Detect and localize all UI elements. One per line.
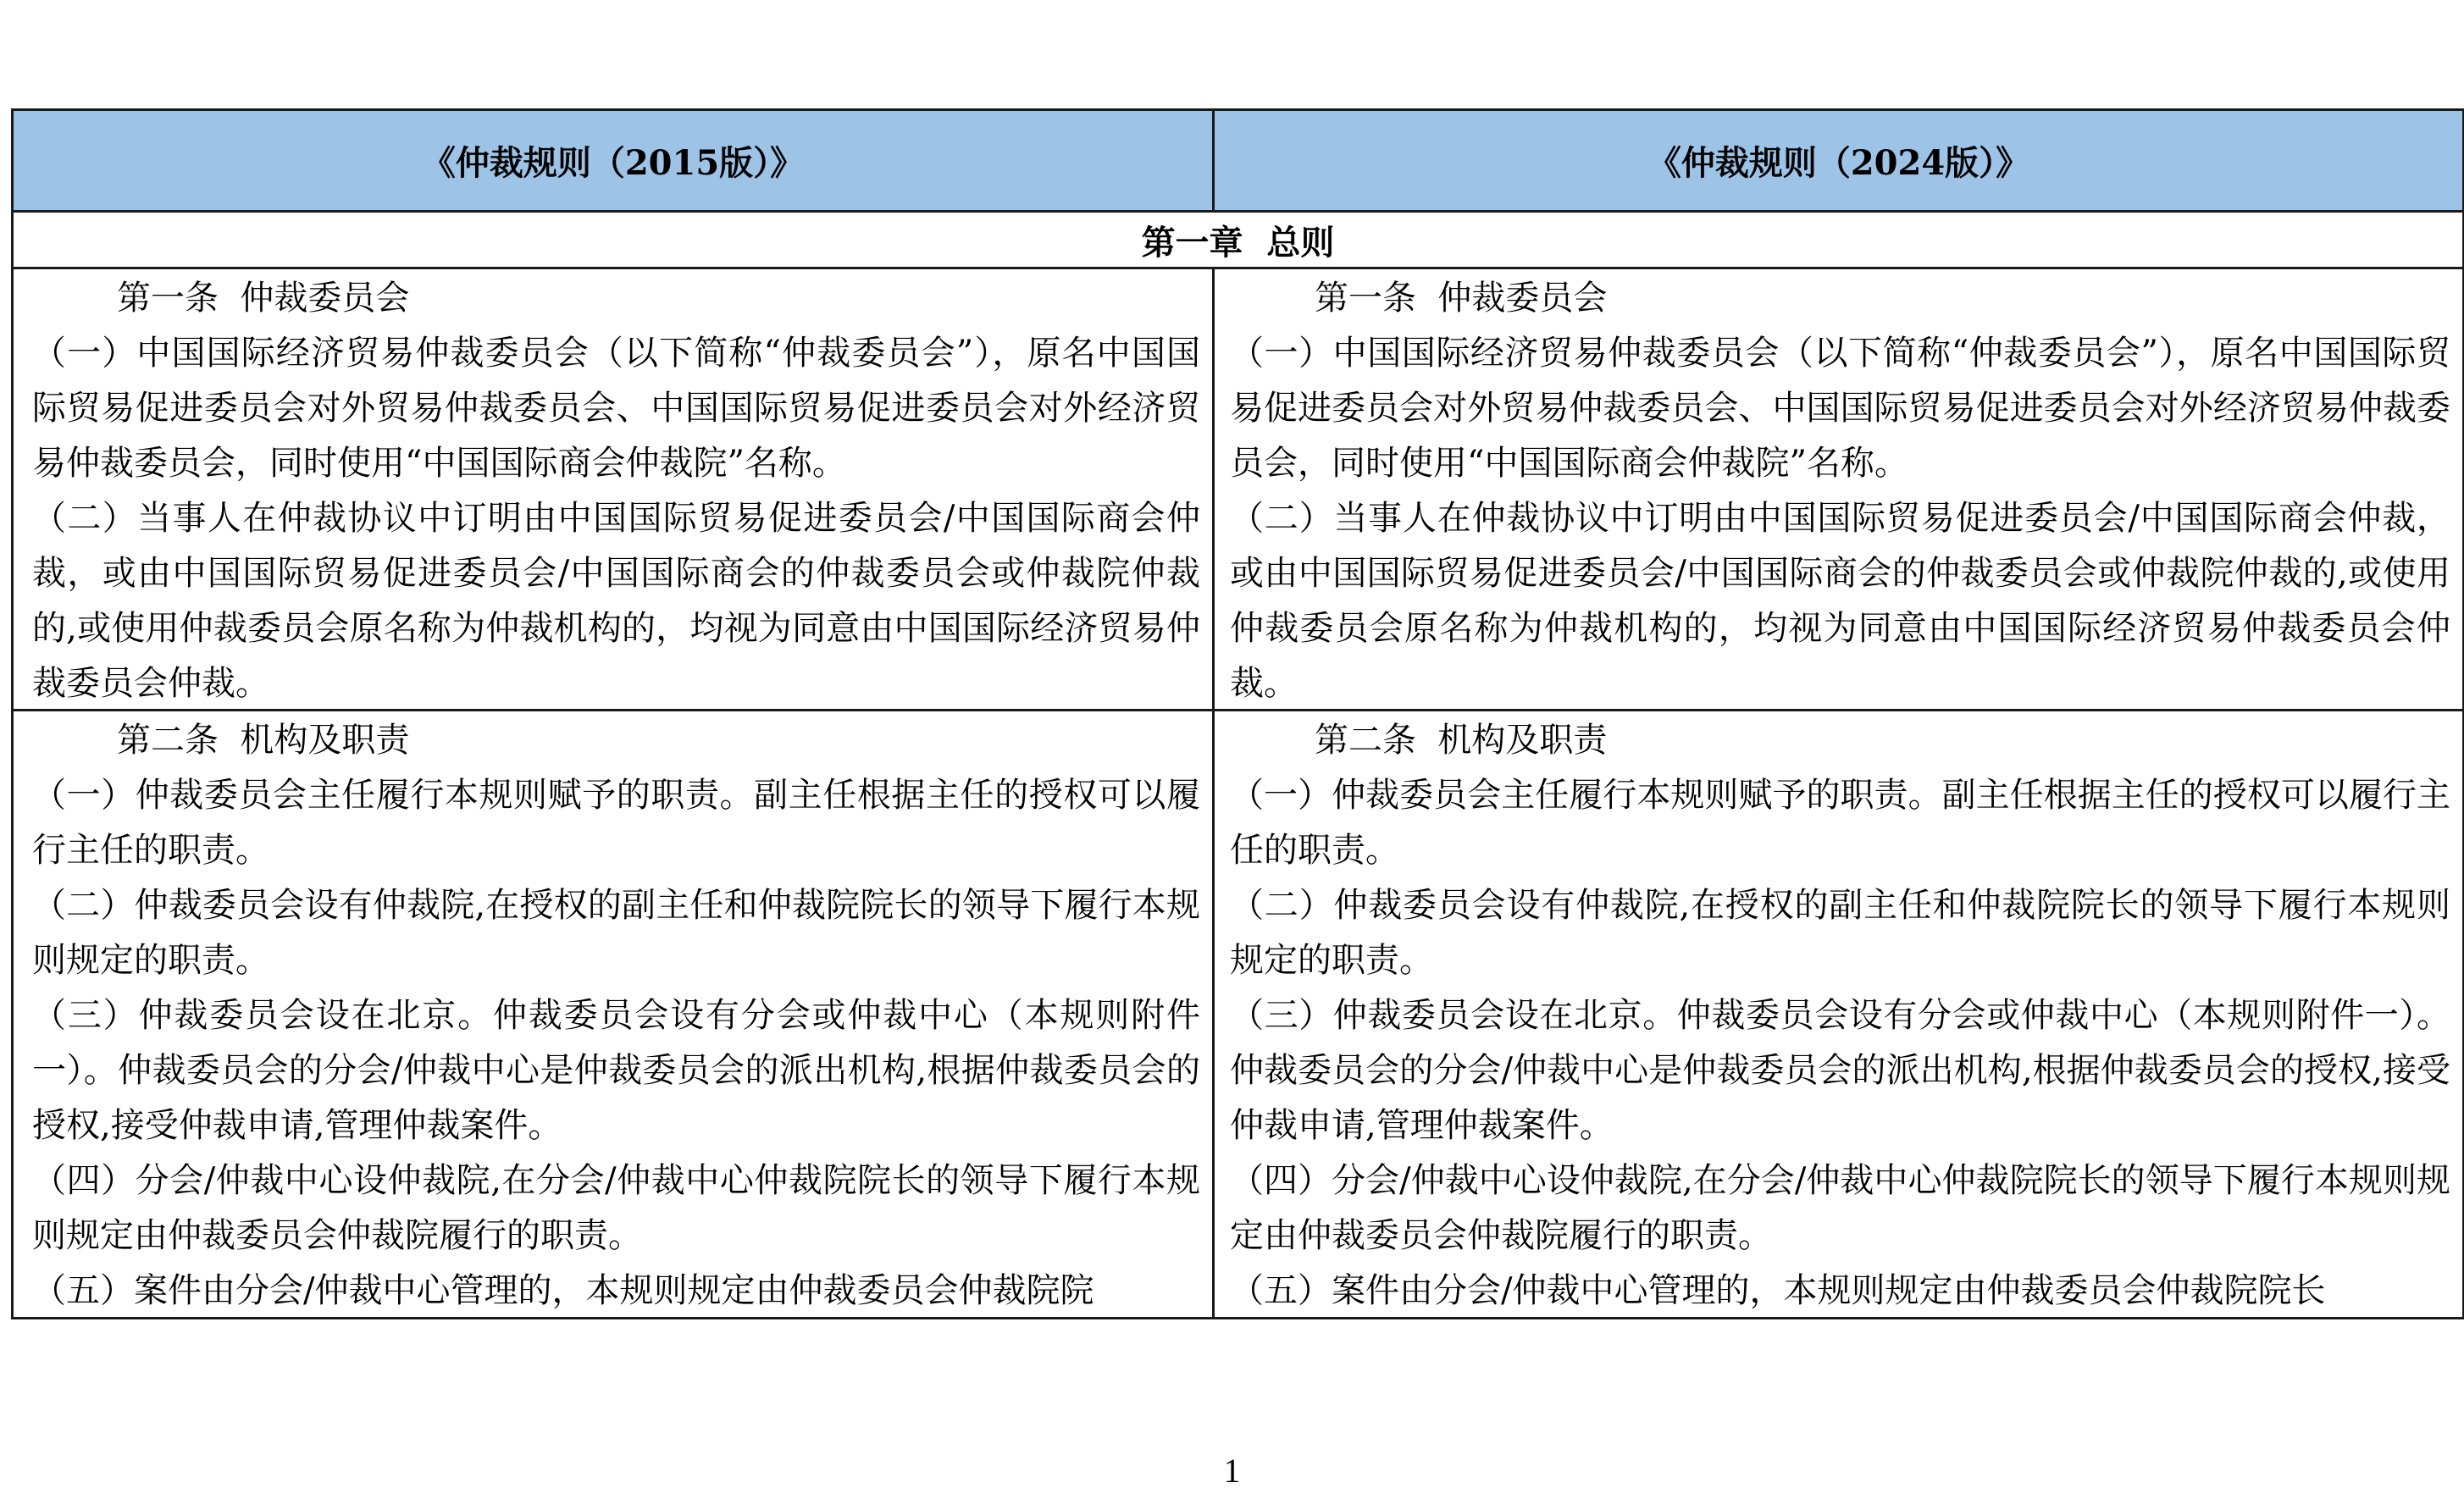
article-title: 第二条 机构及职责 (1230, 713, 2450, 768)
article-2-2015-cell: 第二条 机构及职责 （一）仲裁委员会主任履行本规则赋予的职责。副主任根据主任的授… (13, 711, 1214, 1319)
clause: （三）仲裁委员会设在北京。仲裁委员会设有分会或仲裁中心（本规则附件一）。仲裁委员… (32, 988, 1200, 1153)
clause: （二）仲裁委员会设有仲裁院,在授权的副主任和仲裁院院长的领导下履行本规则规定的职… (1230, 878, 2450, 988)
clause: （四）分会/仲裁中心设仲裁院,在分会/仲裁中心仲裁院院长的领导下履行本规则规定由… (1230, 1153, 2450, 1264)
clause: （五）案件由分会/仲裁中心管理的，本规则规定由仲裁委员会仲裁院院 (32, 1264, 1200, 1312)
clause: （一）中国国际经济贸易仲裁委员会（以下简称“仲裁委员会”），原名中国国际贸易促进… (1230, 326, 2450, 491)
article-1-2024-cell: 第一条 仲裁委员会 （一）中国国际经济贸易仲裁委员会（以下简称“仲裁委员会”），… (1214, 268, 2464, 711)
clause: （一）中国国际经济贸易仲裁委员会（以下简称“仲裁委员会”），原名中国国际贸易促进… (32, 326, 1200, 491)
article-title: 第二条 机构及职责 (32, 713, 1200, 768)
chapter-row: 第一章 总则 (13, 212, 2464, 268)
clause: （四）分会/仲裁中心设仲裁院,在分会/仲裁中心仲裁院院长的领导下履行本规则规定由… (32, 1153, 1200, 1264)
article-row-1: 第一条 仲裁委员会 （一）中国国际经济贸易仲裁委员会（以下简称“仲裁委员会”），… (13, 268, 2464, 711)
article-title: 第一条 仲裁委员会 (1230, 271, 2450, 326)
article-2-2024-cell: 第二条 机构及职责 （一）仲裁委员会主任履行本规则赋予的职责。副主任根据主任的授… (1214, 711, 2464, 1319)
clause: （二）当事人在仲裁协议中订明由中国国际贸易促进委员会/中国国际商会仲裁，或由中国… (32, 491, 1200, 704)
clause: （一）仲裁委员会主任履行本规则赋予的职责。副主任根据主任的授权可以履行主任的职责… (32, 768, 1200, 878)
header-2024-version: 《仲裁规则（2024版）》 (1214, 110, 2464, 212)
page-number: 1 (0, 1450, 2464, 1492)
header-2015-version: 《仲裁规则（2015版）》 (13, 110, 1214, 212)
clause: （三）仲裁委员会设在北京。仲裁委员会设有分会或仲裁中心（本规则附件一）。仲裁委员… (1230, 988, 2450, 1153)
comparison-table: 《仲裁规则（2015版）》 《仲裁规则（2024版）》 第一章 总则 第一条 仲… (11, 108, 2464, 1319)
header-row: 《仲裁规则（2015版）》 《仲裁规则（2024版）》 (13, 110, 2464, 212)
clause: （二）当事人在仲裁协议中订明由中国国际贸易促进委员会/中国国际商会仲裁，或由中国… (1230, 491, 2450, 704)
clause: （五）案件由分会/仲裁中心管理的，本规则规定由仲裁委员会仲裁院院长 (1230, 1264, 2450, 1312)
article-title: 第一条 仲裁委员会 (32, 271, 1200, 326)
article-row-2: 第二条 机构及职责 （一）仲裁委员会主任履行本规则赋予的职责。副主任根据主任的授… (13, 711, 2464, 1319)
article-1-2015-cell: 第一条 仲裁委员会 （一）中国国际经济贸易仲裁委员会（以下简称“仲裁委员会”），… (13, 268, 1214, 711)
clause: （二）仲裁委员会设有仲裁院,在授权的副主任和仲裁院院长的领导下履行本规则规定的职… (32, 878, 1200, 988)
chapter-title: 第一章 总则 (13, 212, 2464, 268)
clause: （一）仲裁委员会主任履行本规则赋予的职责。副主任根据主任的授权可以履行主任的职责… (1230, 768, 2450, 878)
